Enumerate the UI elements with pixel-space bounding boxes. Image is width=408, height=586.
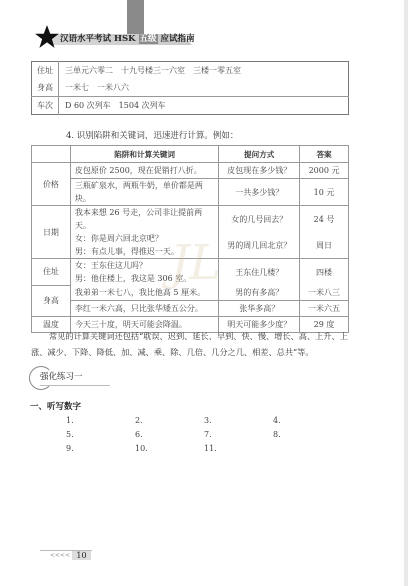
section-heading: 4. 识别陷阱和关键词，迅速进行计算。例如：	[66, 129, 238, 141]
answer-cell: 一米六五	[300, 301, 349, 317]
table-row: 日期 我本来想 26 号走，公司非让提前两天。 女的几号回去？ 24 号	[32, 206, 349, 233]
header-cell: 陷阱和计算关键词	[70, 146, 218, 163]
question-cell: 男的周几回北京？	[219, 232, 300, 259]
format-table: 住址 三单元六零二 十九号楼三一六室 三楼一零五室 身高 一米七 一米八六 车次…	[31, 61, 349, 115]
badge-underline	[40, 385, 110, 386]
dictation-grid: 1. 2. 3. 4. 5. 6. 7. 8. 9. 10. 11.	[66, 416, 342, 458]
keyword-cell: 女：你是周六回北京吧？ 男：有点儿事，得推迟一天。	[70, 232, 218, 259]
header-cell: 答案	[300, 146, 349, 163]
question-cell: 女的几号回去？	[219, 206, 300, 233]
keyword-cell: 女：王东住这儿吗？ 男：他住楼上，我这是 306 室。	[70, 259, 218, 286]
category-cell: 日期	[32, 206, 71, 259]
body-paragraph: 常见的计算关键词还包括“耽误、迟到、延长、早到、快、慢、增长、高、上升、上涨、减…	[31, 328, 351, 360]
row-value: D 60 次列车 1504 次列车	[59, 97, 349, 115]
table-row: 身高 我弟弟一米七八，我比他高 5 厘米。 男的有多高？ 一米八三	[32, 285, 349, 301]
keyword-cell: 皮包原价 2500，现在促销打八折。	[70, 163, 218, 179]
answer-cell: 24 号	[300, 206, 349, 233]
table-header-row: 陷阱和计算关键词 提问方式 答案	[32, 146, 349, 163]
category-cell: 价格	[32, 163, 71, 206]
row-label: 住址	[32, 62, 59, 80]
answer-cell: 2000 元	[300, 163, 349, 179]
exercise-subtitle: 一、听写数字	[30, 400, 81, 412]
level-badge: 五级	[139, 34, 158, 44]
star-icon	[34, 24, 60, 50]
exercise-badge: 强化练习一	[29, 364, 109, 390]
page-edge-shadow	[404, 0, 408, 586]
page-footer: <<<< 10	[40, 550, 92, 561]
keyword-cell: 李红一米六高，只比张华矮五公分。	[70, 301, 218, 317]
dictation-item: 2.	[135, 416, 204, 430]
dialogue-line: 男：有点儿事，得推迟一天。	[75, 245, 214, 258]
dialogue-line: 女：王东住这儿吗？	[75, 259, 214, 272]
book-title-suffix: 应试指南	[160, 34, 194, 44]
dictation-row: 1. 2. 3. 4.	[66, 416, 342, 430]
dictation-item: 10.	[135, 444, 204, 458]
table-row: 三瓶矿泉水，两瓶牛奶，单价都是两块。 一共多少钱？ 10 元	[32, 179, 349, 206]
dictation-item: 1.	[66, 416, 135, 430]
dictation-item: 8.	[273, 430, 342, 444]
keyword-cell: 我弟弟一米七八，我比他高 5 厘米。	[70, 285, 218, 301]
book-title-prefix: 汉语水平考试 HSK	[60, 34, 136, 44]
dictation-item: 5.	[66, 430, 135, 444]
question-cell: 张华多高？	[219, 301, 300, 317]
row-label: 车次	[32, 97, 59, 115]
exercise-title: 强化练习一	[40, 370, 83, 382]
question-cell: 男的有多高？	[219, 285, 300, 301]
row-value: 一米七 一米八六	[59, 79, 349, 97]
answer-cell: 四楼	[300, 259, 349, 286]
table-row: 住址 女：王东住这儿吗？ 男：他住楼上，我这是 306 室。 王东住几楼？ 四楼	[32, 259, 349, 286]
dictation-item: 9.	[66, 444, 135, 458]
answer-cell: 10 元	[300, 179, 349, 206]
header-cell	[32, 146, 71, 163]
dialogue-line: 女：你是周六回北京吧？	[75, 232, 214, 245]
table-row: 价格 皮包原价 2500，现在促销打八折。 皮包现在多少钱？ 2000 元	[32, 163, 349, 179]
table-row: 李红一米六高，只比张华矮五公分。 张华多高？ 一米六五	[32, 301, 349, 317]
answer-cell: 一米八三	[300, 285, 349, 301]
question-cell: 一共多少钱？	[219, 179, 300, 206]
dictation-item: 11.	[204, 444, 273, 458]
answer-cell: 周日	[300, 232, 349, 259]
dictation-item: 7.	[204, 430, 273, 444]
chapter-tab	[127, 0, 144, 38]
table-row: 车次 D 60 次列车 1504 次列车	[32, 97, 349, 115]
question-cell: 王东住几楼？	[219, 259, 300, 286]
category-cell: 身高	[32, 285, 71, 317]
category-cell: 住址	[32, 259, 71, 286]
keyword-cell: 三瓶矿泉水，两瓶牛奶，单价都是两块。	[70, 179, 218, 206]
table-row: 身高 一米七 一米八六	[32, 79, 349, 97]
dictation-item: 6.	[135, 430, 204, 444]
dictation-row: 5. 6. 7. 8.	[66, 430, 342, 444]
table-row: 住址 三单元六零二 十九号楼三一六室 三楼一零五室	[32, 62, 349, 80]
header-cell: 提问方式	[219, 146, 300, 163]
table-row: 女：你是周六回北京吧？ 男：有点儿事，得推迟一天。 男的周几回北京？ 周日	[32, 232, 349, 259]
question-cell: 皮包现在多少钱？	[219, 163, 300, 179]
dictation-item: 4.	[273, 416, 342, 430]
dictation-item: 3.	[204, 416, 273, 430]
dictation-row: 9. 10. 11.	[66, 444, 342, 458]
back-arrows-icon: <<<<	[50, 552, 70, 559]
row-label: 身高	[32, 79, 59, 97]
keyword-cell: 我本来想 26 号走，公司非让提前两天。	[70, 206, 218, 233]
row-value: 三单元六零二 十九号楼三一六室 三楼一零五室	[59, 62, 349, 80]
dialogue-line: 男：他住楼上，我这是 306 室。	[75, 272, 214, 285]
page-number: 10	[72, 551, 91, 560]
book-title: 汉语水平考试 HSK 五级 应试指南	[60, 34, 195, 45]
calculation-table: 陷阱和计算关键词 提问方式 答案 价格 皮包原价 2500，现在促销打八折。 皮…	[31, 145, 349, 333]
